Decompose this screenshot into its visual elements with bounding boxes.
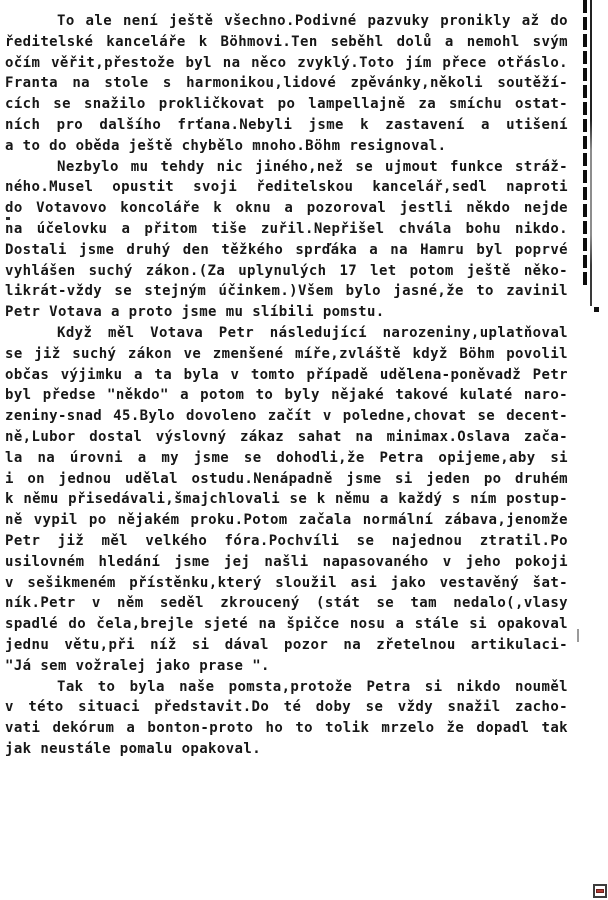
text-line: i on jednou udělal ostudu.Nenápadně jsme…: [5, 469, 568, 490]
text-line: Petr Votava a proto jsme mu slíbili poms…: [5, 302, 568, 323]
text-line: "Já sem vožralej jako prase ".: [5, 656, 568, 677]
text-line: ného.Musel opustit svoji ředitelskou kan…: [5, 177, 568, 198]
text-line: se již suchý zákon ve zmenšené míře,zvlá…: [5, 344, 568, 365]
text-line: vati dekórum a bonton-proto ho to tolik …: [5, 718, 568, 739]
text-line: ředitelské kanceláře k Böhmovi.Ten seběh…: [5, 32, 568, 53]
paragraph-1: To ale není ještě všechno.Podivné pazvuk…: [5, 11, 568, 157]
text-line: To ale není ještě všechno.Podivné pazvuk…: [5, 11, 568, 32]
text-line: Když měl Votava Petr následující narozen…: [5, 323, 568, 344]
scan-edge-line-thick: [583, 0, 587, 287]
red-bar-glyph: [596, 889, 604, 893]
text-line: k němu přisedávali,šmajchlovali se k něm…: [5, 489, 568, 510]
text-line: občas výjimku a ta byla v tomto případě …: [5, 365, 568, 386]
text-line: vyhlášen suchý zákon.(Za uplynulých 17 l…: [5, 261, 568, 282]
text-line: ně vypil po nějakém proku.Potom začala n…: [5, 510, 568, 531]
text-line: likrát-vždy se stejným účinkem.)Všem byl…: [5, 281, 568, 302]
text-line: zeniny-snad 45.Bylo dovoleno začít v pol…: [5, 406, 568, 427]
document-text-block: To ale není ještě všechno.Podivné pazvuk…: [5, 11, 568, 760]
scanned-typewriter-page: To ale není ještě všechno.Podivné pazvuk…: [0, 0, 608, 900]
text-line: Franta na stole s harmonikou,lidové zpěv…: [5, 73, 568, 94]
text-line: v sešikmeném přístěnku,který sloužil asi…: [5, 573, 568, 594]
scan-edge-line-thin: [590, 0, 592, 306]
text-line: a to do oběda ještě chybělo mnoho.Böhm r…: [5, 136, 568, 157]
paragraph-4: Tak to byla naše pomsta,protože Petra si…: [5, 677, 568, 760]
text-line: ně,Lubor dostal výslovný zákaz sahat na …: [5, 427, 568, 448]
text-line: cích se snažilo prokličkovat po lampella…: [5, 94, 568, 115]
text-line: Dostali jsme druhý den těžkého sprďáka a…: [5, 240, 568, 261]
text-line: jednu větu,při níž si dával pozor na zře…: [5, 635, 568, 656]
text-line: ních pro dalšího frťana.Nebyli jsme k za…: [5, 115, 568, 136]
text-line: usilovném hledání jsme jej našli napasov…: [5, 552, 568, 573]
text-line: spadlé do čela,brejle sjeté na špičce no…: [5, 614, 568, 635]
paragraph-3: Když měl Votava Petr následující narozen…: [5, 323, 568, 677]
text-line: v této situaci představit.Do té doby se …: [5, 697, 568, 718]
text-line: na účelovku a přitom tiše zuřil.Nepřišel…: [5, 219, 568, 240]
scan-speck: [594, 307, 599, 312]
paragraph-2: Nezbylo mu tehdy nic jiného,než se ujmou…: [5, 157, 568, 323]
text-line: Nezbylo mu tehdy nic jiného,než se ujmou…: [5, 157, 568, 178]
text-line: do Votavovo koncoláře k oknu a pozoroval…: [5, 198, 568, 219]
text-line: la na úrovni a my jsme se dohodli,že Pet…: [5, 448, 568, 469]
text-line: ník.Petr v něm seděl zkroucený (stát se …: [5, 593, 568, 614]
broken-image-placeholder-icon: [593, 884, 607, 898]
text-line: Tak to byla naše pomsta,protože Petra si…: [5, 677, 568, 698]
text-line: Petr již měl velkého fóra.Pochvíli se na…: [5, 531, 568, 552]
scan-speck: [6, 217, 10, 220]
text-line: jak neustále pomalu opakoval.: [5, 739, 568, 760]
text-line: byl předse "někdo" a potom to byly nějak…: [5, 385, 568, 406]
scan-speck: [577, 629, 579, 642]
text-line: očím věřit,přestože byl na něco zvyklý.T…: [5, 53, 568, 74]
